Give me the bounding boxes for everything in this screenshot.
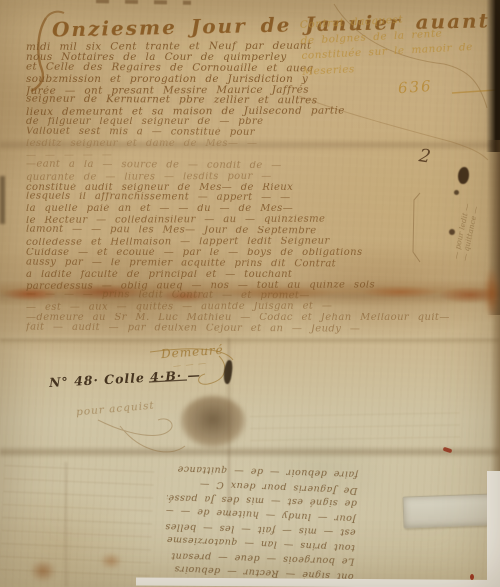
edge-vignette bbox=[0, 0, 500, 587]
manuscript-scan: Onziesme Jour de Januier auant midi mil … bbox=[0, 0, 500, 587]
